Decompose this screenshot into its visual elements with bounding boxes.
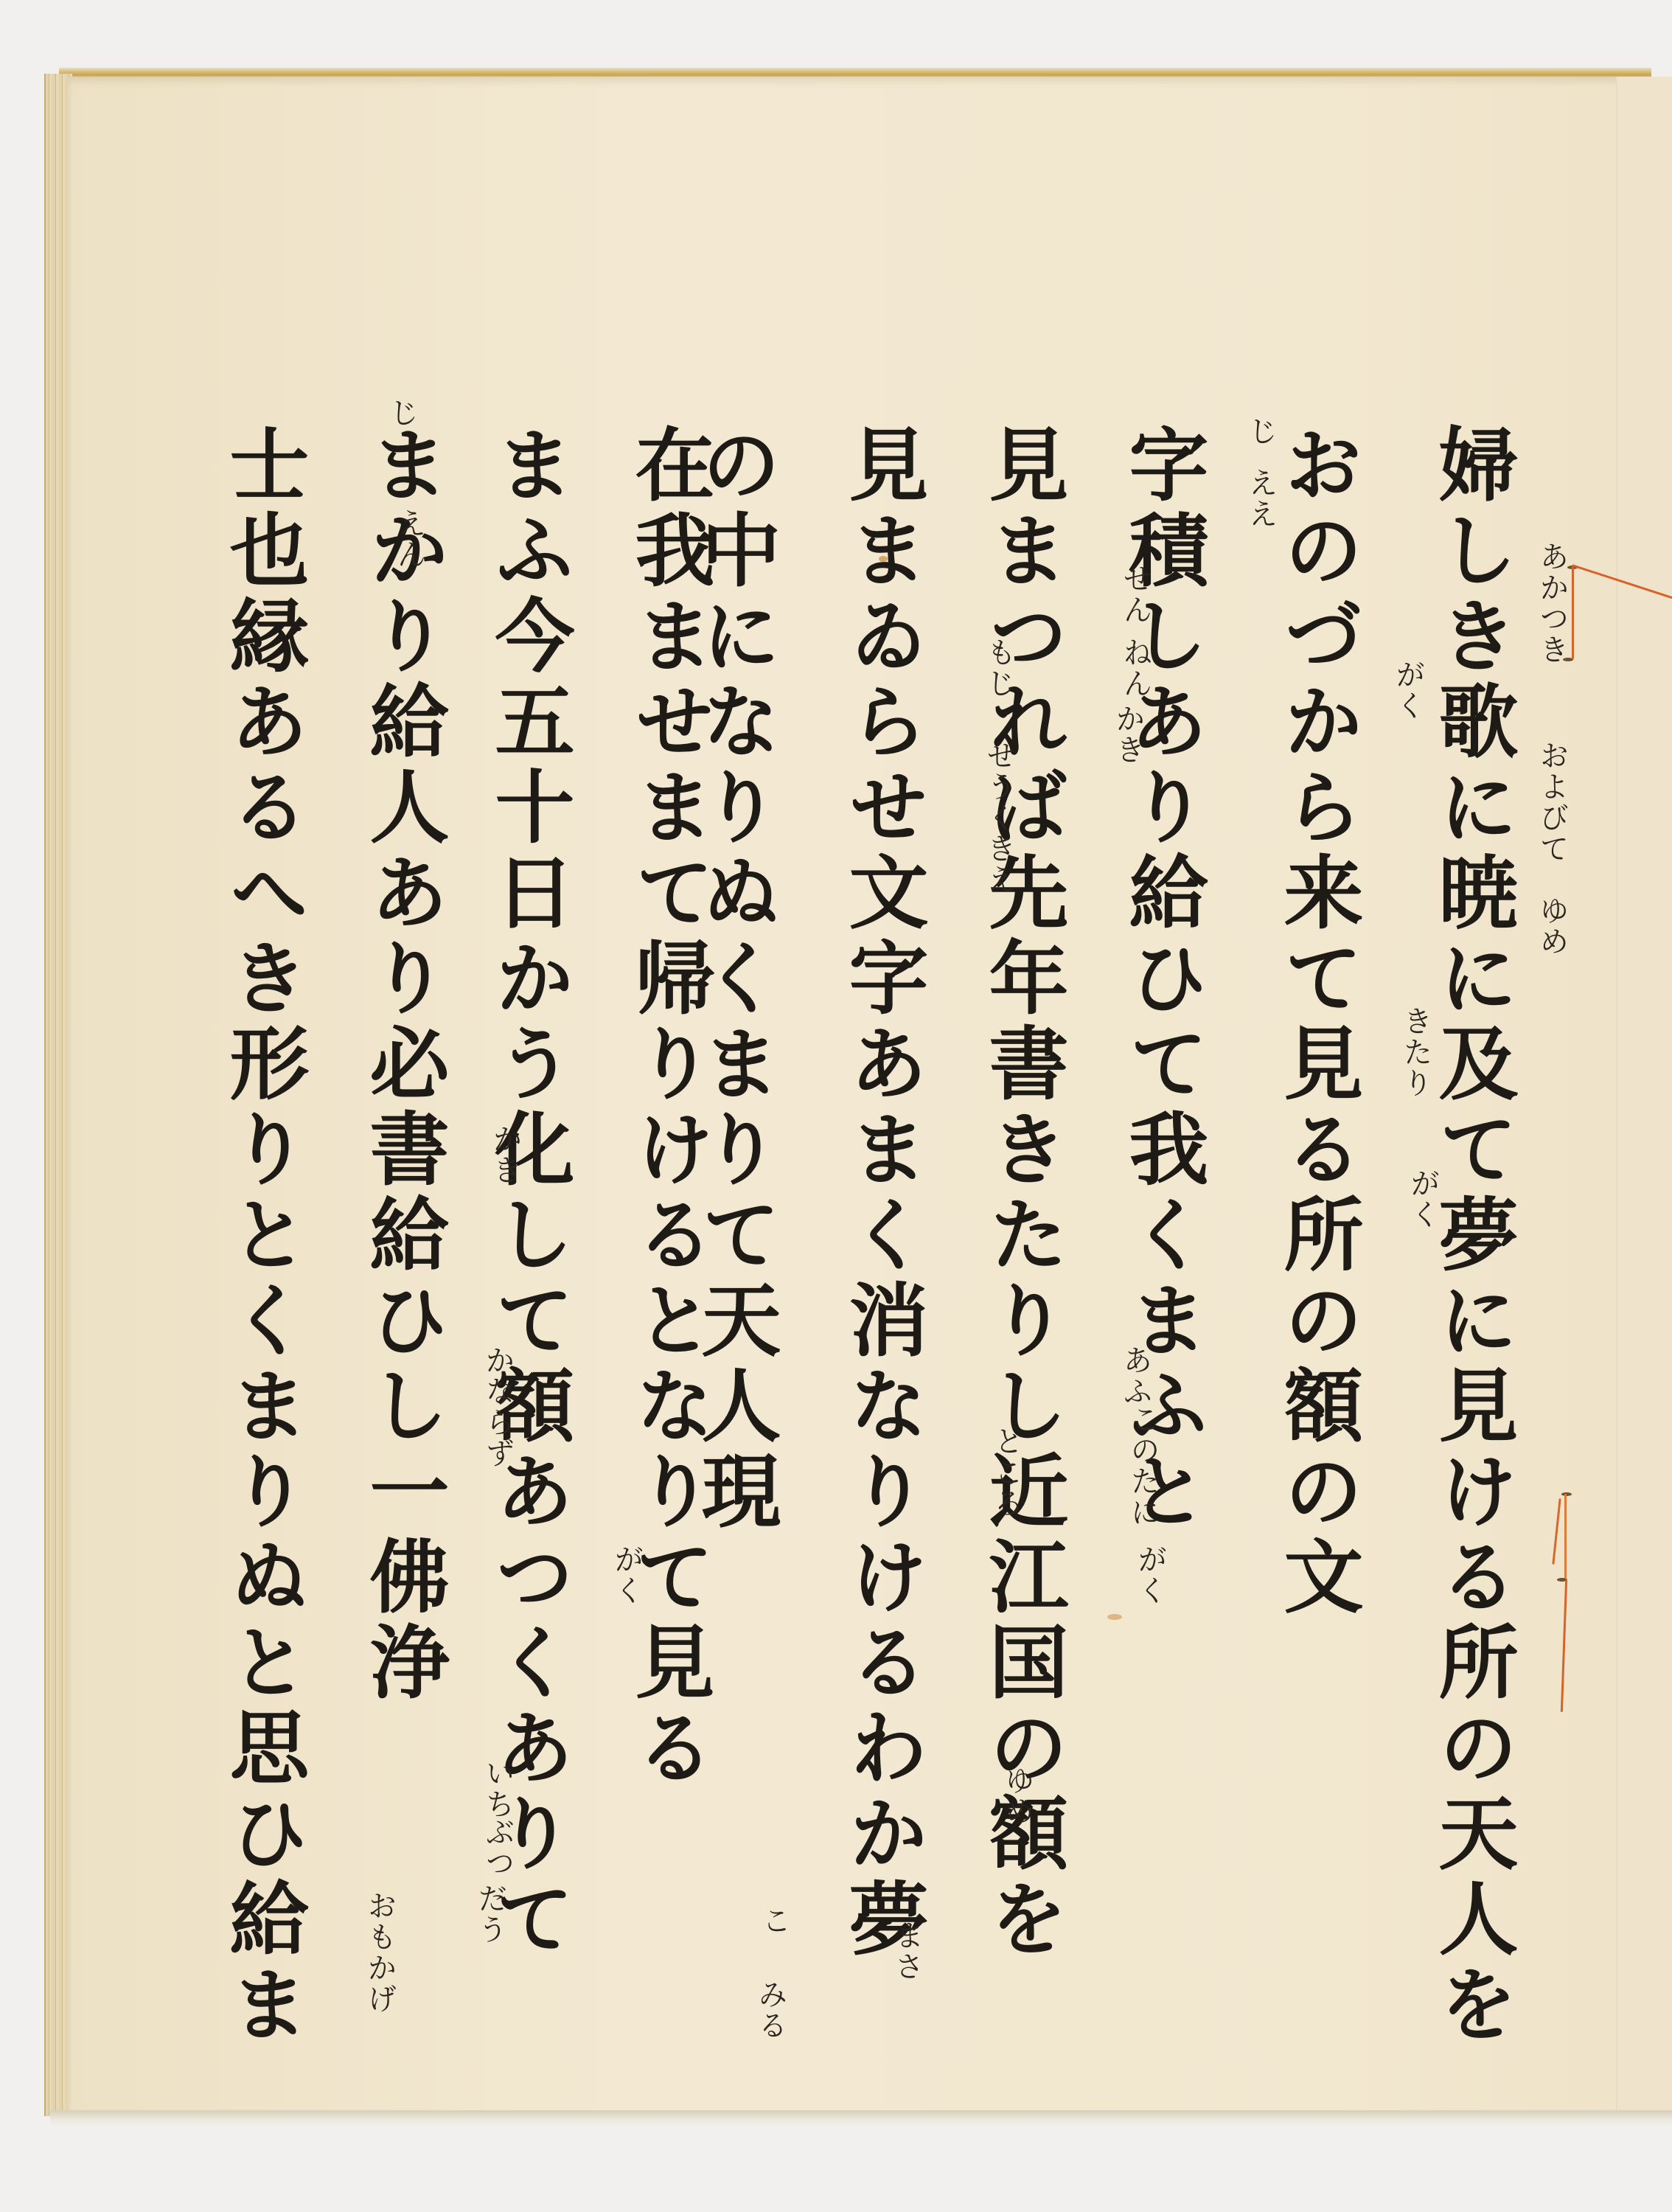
furigana: きたり — [1395, 1006, 1437, 1099]
adjacent-leaf — [1617, 77, 1672, 2112]
furigana: まさ — [886, 1920, 928, 1982]
column-10: 士也縁あるへき形りとくまりぬと思ひ給ま — [223, 423, 302, 2048]
furigana: こ — [753, 1905, 795, 1936]
furigana: いち — [477, 1758, 519, 1820]
binding-thread — [1564, 1494, 1567, 1579]
furigana: かき — [484, 1124, 526, 1186]
furigana: えん — [389, 508, 431, 570]
column-9: まかり給人あり必書給ひし一佛浄 — [363, 423, 442, 1706]
furigana: かき — [1107, 703, 1149, 765]
furigana: がく — [1129, 1544, 1171, 1606]
furigana: かならず — [477, 1345, 519, 1469]
furigana: ゆめ — [1531, 895, 1573, 957]
furigana: がく — [1387, 659, 1429, 721]
column-5: 見まゐらせ文字あまく消なりけるわか夢 — [842, 423, 922, 1963]
furigana: あかつき — [1531, 541, 1573, 665]
furigana: ところ — [986, 1426, 1028, 1519]
furigana: がく — [606, 1544, 648, 1606]
column-1: 婦しき歌に暁に及て夢に見ける所の天人を — [1432, 423, 1511, 2048]
furigana: せん — [1115, 563, 1157, 625]
binding-thread — [1572, 566, 1574, 659]
furigana: みる — [750, 1979, 792, 2041]
furigana: およびて — [1531, 740, 1573, 864]
furigana: あふ — [1115, 1345, 1157, 1407]
furigana: だう — [470, 1883, 512, 1945]
furigana: ねん — [1115, 637, 1157, 699]
furigana: このたに — [1122, 1404, 1164, 1528]
furigana: せうくきえ — [978, 740, 1020, 895]
bottom-page-edge — [50, 2110, 1672, 2126]
binding-hole — [1561, 1492, 1572, 1496]
furigana: ええ — [1240, 467, 1282, 529]
text-columns: 婦しき歌に暁に及て夢に見ける所の天人を おのづから来て見る所の額の文 字積しあり… — [68, 77, 1672, 2112]
column-2: おのづから来て見る所の額の文 — [1277, 423, 1356, 1621]
furigana: ぶつ — [477, 1817, 519, 1879]
manuscript-page: 婦しき歌に暁に及て夢に見ける所の天人を おのづから来て見る所の額の文 字積しあり… — [68, 77, 1672, 2112]
furigana: おもかげ — [359, 1891, 401, 2014]
book: 婦しき歌に暁に及て夢に見ける所の天人を おのづから来て見る所の額の文 字積しあり… — [44, 68, 1672, 2132]
furigana: もじ — [978, 637, 1020, 699]
furigana: じ — [1240, 416, 1282, 447]
furigana: がく — [1402, 1168, 1444, 1230]
furigana: じ — [381, 397, 423, 428]
column-8: まふ今五十日かう化して額あつくありて — [488, 423, 568, 1963]
furigana: ゆめ — [997, 1765, 1039, 1827]
